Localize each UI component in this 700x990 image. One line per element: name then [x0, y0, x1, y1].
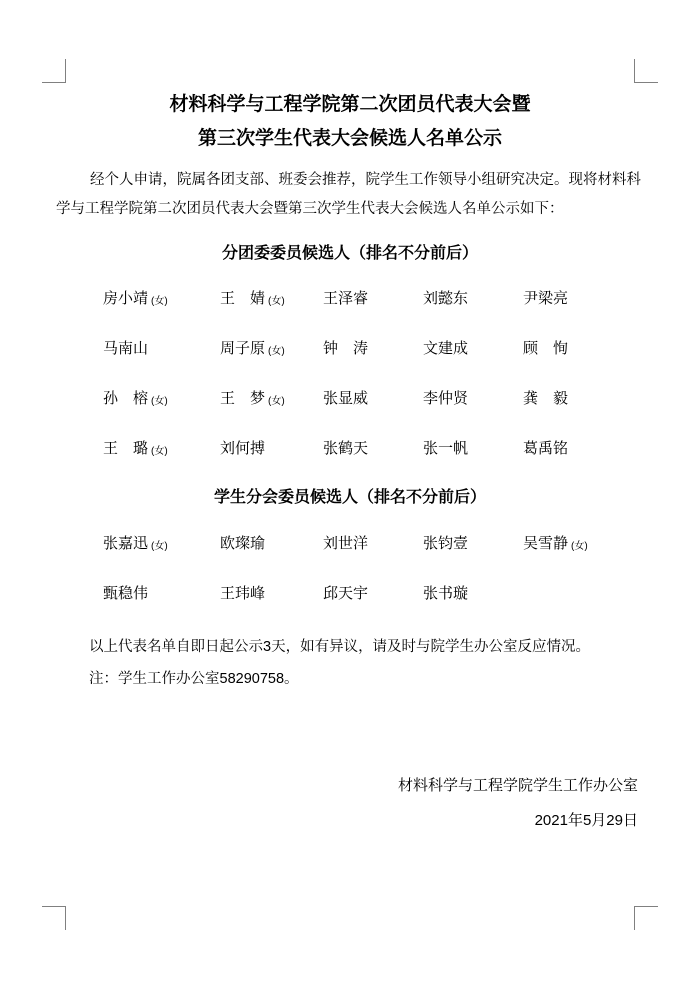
candidate-cell: 甄稳伟	[103, 583, 220, 633]
section-heading-student-union: 学生分会委员候选人（排名不分前后）	[0, 487, 700, 509]
signature-org: 材料科学与工程学院学生工作办公室	[398, 768, 638, 803]
candidate-name: 龚 毅	[523, 390, 568, 407]
candidate-name: 王 梦	[220, 390, 265, 407]
candidate-name: 尹梁亮	[523, 290, 568, 307]
candidate-name: 张嘉迅	[103, 535, 148, 552]
candidate-cell: 尹梁亮	[523, 288, 640, 338]
candidate-name: 欧璨瑜	[220, 535, 265, 552]
candidate-cell: 张一帆	[423, 438, 523, 488]
candidate-name: 李仲贤	[423, 390, 468, 407]
title-line-1: 材料科学与工程学院第二次团员代表大会暨	[0, 88, 700, 122]
candidate-cell: 周子原(女)	[220, 338, 323, 388]
candidate-cell: 马南山	[103, 338, 220, 388]
candidate-grid-student-union: 张嘉迅(女) 欧璨瑜 刘世洋 张钧壹 吴雪静(女) 甄稳伟 王玮峰 邱天宇 张书…	[103, 533, 640, 633]
candidate-cell: 刘何搏	[220, 438, 323, 488]
candidate-name: 王泽睿	[323, 290, 368, 307]
candidate-cell: 张钧壹	[423, 533, 523, 583]
candidate-name: 刘何搏	[220, 440, 265, 457]
signature-date: 2021年5月29日	[398, 803, 638, 838]
signature-block: 材料科学与工程学院学生工作办公室 2021年5月29日	[398, 768, 638, 838]
contact-note: 注：学生工作办公室58290758。	[89, 668, 299, 690]
gender-note: (女)	[151, 446, 168, 457]
candidate-name: 马南山	[103, 340, 148, 357]
document-title: 材料科学与工程学院第二次团员代表大会暨 第三次学生代表大会候选人名单公示	[0, 88, 700, 156]
crop-mark-top-right	[634, 59, 658, 83]
candidate-cell: 刘懿东	[423, 288, 523, 338]
document-page: 材料科学与工程学院第二次团员代表大会暨 第三次学生代表大会候选人名单公示 经个人…	[0, 0, 700, 990]
candidate-name: 王玮峰	[220, 585, 265, 602]
candidate-cell: 房小靖(女)	[103, 288, 220, 338]
candidate-cell: 文建成	[423, 338, 523, 388]
gender-note: (女)	[268, 396, 285, 407]
candidate-cell: 刘世洋	[323, 533, 423, 583]
candidate-cell: 葛禹铭	[523, 438, 640, 488]
candidate-cell: 顾 恂	[523, 338, 640, 388]
title-line-2: 第三次学生代表大会候选人名单公示	[0, 122, 700, 156]
intro-line-1: 经个人申请，院属各团支部、班委会推荐，院学生工作领导小组研究决定。现将材料科	[56, 166, 642, 195]
candidate-name: 吴雪静	[523, 535, 568, 552]
candidate-name: 钟 涛	[323, 340, 368, 357]
crop-mark-bottom-right	[634, 906, 658, 930]
candidate-name: 王 婧	[220, 290, 265, 307]
candidate-cell: 张嘉迅(女)	[103, 533, 220, 583]
candidate-cell: 吴雪静(女)	[523, 533, 640, 583]
candidate-cell: 王泽睿	[323, 288, 423, 338]
candidate-name: 张钧壹	[423, 535, 468, 552]
candidate-grid-league-committee: 房小靖(女) 王 婧(女) 王泽睿 刘懿东 尹梁亮 马南山 周子原(女) 钟 涛…	[103, 288, 640, 488]
candidate-name: 甄稳伟	[103, 585, 148, 602]
crop-mark-top-left	[42, 59, 66, 83]
candidate-name: 张书璇	[423, 585, 468, 602]
gender-note: (女)	[571, 541, 588, 552]
candidate-cell: 邱天宇	[323, 583, 423, 633]
candidate-name: 张鹤天	[323, 440, 368, 457]
candidate-name: 周子原	[220, 340, 265, 357]
candidate-name: 文建成	[423, 340, 468, 357]
candidate-cell: 王 璐(女)	[103, 438, 220, 488]
closing-note: 以上代表名单自即日起公示3天，如有异议，请及时与院学生办公室反应情况。	[89, 636, 590, 658]
candidate-name: 邱天宇	[323, 585, 368, 602]
candidate-cell: 张书璇	[423, 583, 523, 633]
candidate-cell: 欧璨瑜	[220, 533, 323, 583]
candidate-cell: 李仲贤	[423, 388, 523, 438]
candidate-name: 顾 恂	[523, 340, 568, 357]
intro-paragraph: 经个人申请，院属各团支部、班委会推荐，院学生工作领导小组研究决定。现将材料科 学…	[56, 166, 642, 224]
candidate-cell: 张显威	[323, 388, 423, 438]
gender-note: (女)	[151, 541, 168, 552]
candidate-cell: 孙 榕(女)	[103, 388, 220, 438]
gender-note: (女)	[268, 296, 285, 307]
candidate-name: 刘懿东	[423, 290, 468, 307]
candidate-cell: 王玮峰	[220, 583, 323, 633]
gender-note: (女)	[151, 396, 168, 407]
candidate-name: 房小靖	[103, 290, 148, 307]
candidate-name: 葛禹铭	[523, 440, 568, 457]
candidate-cell: 龚 毅	[523, 388, 640, 438]
intro-line-2: 学与工程学院第二次团员代表大会暨第三次学生代表大会候选人名单公示如下：	[56, 195, 642, 224]
candidate-name: 刘世洋	[323, 535, 368, 552]
section-heading-league-committee: 分团委委员候选人（排名不分前后）	[0, 243, 700, 265]
candidate-cell: 王 婧(女)	[220, 288, 323, 338]
candidate-name: 王 璐	[103, 440, 148, 457]
candidate-cell: 钟 涛	[323, 338, 423, 388]
gender-note: (女)	[151, 296, 168, 307]
candidate-name: 孙 榕	[103, 390, 148, 407]
candidate-cell: 王 梦(女)	[220, 388, 323, 438]
gender-note: (女)	[268, 346, 285, 357]
candidate-name: 张显威	[323, 390, 368, 407]
candidate-name: 张一帆	[423, 440, 468, 457]
candidate-cell-empty	[523, 583, 640, 633]
crop-mark-bottom-left	[42, 906, 66, 930]
candidate-cell: 张鹤天	[323, 438, 423, 488]
